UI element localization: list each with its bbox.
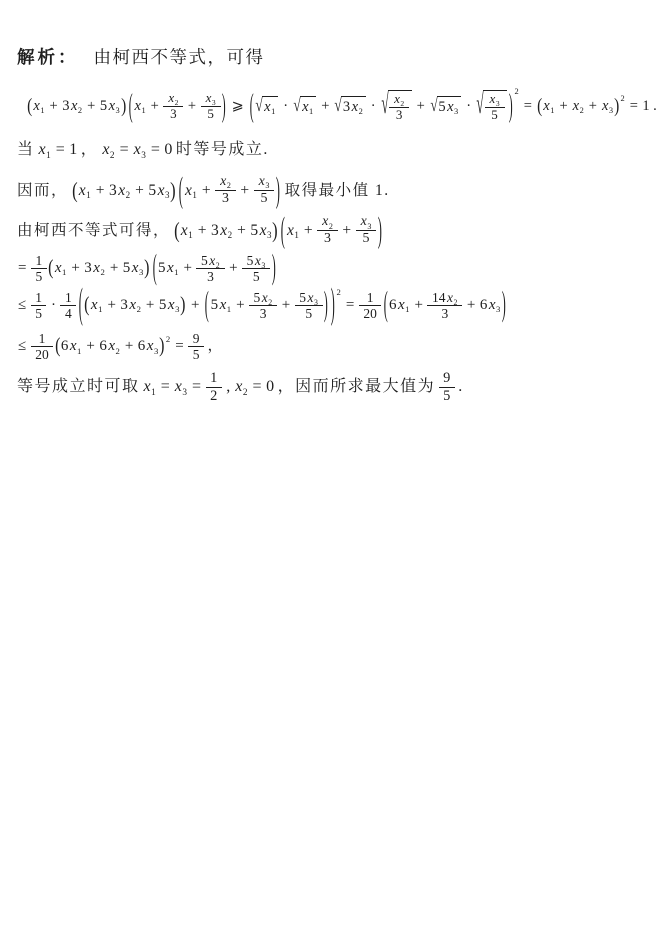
numerator: x3 — [203, 91, 219, 106]
operator: + — [188, 97, 196, 115]
subscript: 1 — [188, 230, 193, 240]
radical-sign: √ — [430, 97, 437, 116]
numerator: 1 — [33, 253, 45, 268]
denominator: 5 — [201, 106, 221, 122]
variable: x1 — [135, 97, 146, 115]
number: 3 — [120, 296, 128, 315]
operator: + — [202, 181, 211, 200]
text: 时等号成立. — [176, 140, 269, 160]
right-paren: ) — [614, 96, 619, 116]
number: 5 — [35, 306, 42, 321]
right-paren: ) — [276, 173, 280, 209]
variable: x1 — [79, 181, 91, 200]
variable: x1 — [185, 181, 197, 200]
right-paren: ) — [378, 213, 382, 249]
operator: + — [414, 296, 422, 315]
fraction: x35 — [203, 91, 219, 121]
number: 1 — [35, 290, 42, 305]
operator: + — [86, 337, 94, 356]
number: 5 — [207, 107, 214, 122]
variable: x3 — [602, 97, 613, 115]
radical: √x23 — [381, 90, 412, 122]
variable: x3 — [168, 296, 180, 315]
paren-group: (√x1·√x1+√3x2·√x23+√5x3·√x35)2 — [249, 90, 519, 122]
subscript: 3 — [116, 106, 120, 115]
text: 由柯西不等式，可得 — [94, 47, 265, 69]
solution-content: 解析：由柯西不等式，可得(x1+3x2+5x3)(x1+x23+x35)⩾(√x… — [0, 0, 662, 404]
numerator: 5x3 — [297, 290, 321, 305]
subscript: 2 — [228, 230, 233, 240]
subscript: 2 — [329, 222, 333, 231]
operator: + — [50, 97, 58, 115]
operator: + — [417, 97, 425, 115]
subscript: 2 — [580, 106, 584, 115]
operator: = — [253, 377, 262, 397]
fraction: x23 — [391, 92, 407, 122]
number: 5 — [159, 296, 167, 315]
right-paren: ) — [331, 284, 335, 327]
paren-group: (6x1+6x2+6x3)2 — [55, 337, 171, 356]
operator: + — [71, 259, 79, 278]
subscript: 2 — [100, 267, 104, 277]
text: . — [458, 377, 464, 397]
number: 5 — [299, 290, 306, 305]
number: 5 — [253, 269, 260, 284]
variable: x1 — [181, 221, 193, 240]
number: 5 — [123, 259, 131, 278]
denominator: 5 — [295, 305, 323, 321]
variable: x1 — [39, 140, 51, 160]
subscript: 2 — [268, 298, 272, 307]
numerator: 5x2 — [251, 290, 275, 305]
paren-body: x1+3x2+5x3 — [180, 221, 273, 240]
subscript: 3 — [496, 304, 500, 314]
variable: x1 — [287, 221, 299, 240]
operator: ≤ — [18, 296, 26, 315]
number: 5 — [148, 181, 156, 200]
text: 解析： — [17, 47, 79, 69]
operator: + — [125, 337, 133, 356]
variable: x3 — [109, 97, 120, 115]
number: 0 — [164, 140, 172, 160]
number: 1 — [39, 331, 46, 346]
variable: x3 — [260, 221, 272, 240]
numerator: 5x3 — [244, 253, 268, 268]
number: 6 — [138, 337, 146, 356]
variable: x2 — [93, 259, 105, 278]
subscript: 3 — [496, 99, 500, 108]
number: 3 — [207, 269, 214, 284]
fraction: x23 — [165, 91, 181, 121]
subscript: 1 — [86, 190, 91, 200]
number: 5 — [247, 253, 254, 268]
subscript: 1 — [141, 106, 145, 115]
numerator: 1 — [33, 290, 45, 305]
left-paren: ( — [48, 258, 53, 279]
right-paren: ) — [509, 89, 513, 122]
variable: x2 — [262, 290, 272, 305]
variable: x2 — [220, 174, 231, 190]
operator: + — [236, 296, 244, 315]
radicand: 5x3 — [437, 96, 461, 116]
number: 5 — [491, 108, 498, 123]
numerator: x3 — [487, 92, 503, 107]
variable: x2 — [394, 92, 404, 107]
variable: x2 — [209, 253, 219, 268]
fraction: 120 — [33, 331, 52, 362]
number: 5 — [254, 290, 261, 305]
variable: x2 — [220, 221, 232, 240]
left-paren: ( — [205, 288, 209, 322]
operator: ⩾ — [232, 97, 244, 115]
variable: x2 — [102, 140, 114, 160]
radical-sign: √ — [335, 97, 342, 116]
variable: x1 — [33, 97, 44, 115]
exponent: 2 — [337, 287, 341, 298]
subscript: 3 — [261, 261, 265, 270]
min-value-conclusion: 因而，(x1+3x2+5x3)(x1+x23+x35)取得最小值 1. — [14, 174, 658, 206]
document-page: 解析：由柯西不等式，可得(x1+3x2+5x3)(x1+x23+x35)⩾(√x… — [0, 0, 662, 935]
fraction: 5x23 — [198, 253, 222, 284]
radical: √x1 — [293, 96, 316, 116]
denominator: 20 — [359, 305, 382, 321]
variable: x2 — [108, 337, 120, 356]
denominator: 5 — [439, 387, 455, 404]
number: 3 — [170, 107, 177, 122]
paren-body: x1+3x2+5x3 — [78, 181, 171, 200]
subscript: 1 — [62, 267, 66, 277]
denominator: 2 — [206, 387, 222, 404]
subscript: 2 — [400, 99, 404, 108]
variable: x2 — [235, 377, 247, 397]
operator: + — [146, 296, 154, 315]
operator: + — [229, 259, 237, 278]
number: 1 — [69, 140, 77, 160]
left-paren: ( — [55, 336, 60, 357]
paren-body: x1+x2+x3 — [542, 97, 614, 115]
subscript: 2 — [227, 181, 231, 190]
paren-body: x1+3x2+5x3 — [90, 296, 180, 315]
numerator: 1 — [36, 331, 48, 346]
number: 3 — [396, 108, 403, 123]
number: 3 — [84, 259, 92, 278]
right-paren: ) — [181, 295, 186, 316]
subscript: 1 — [227, 304, 231, 314]
subscript: 3 — [267, 230, 272, 240]
paren-group: (x1+x23+x35) — [178, 174, 280, 206]
variable: x1 — [220, 296, 232, 315]
paren-body: x1+x23+x35 — [184, 174, 275, 206]
fraction: 5x35 — [297, 290, 321, 321]
number: 4 — [65, 306, 72, 321]
paren-body: 5x1+5x23+5x35 — [157, 253, 270, 284]
cauchy-apply-max: 由柯西不等式可得，(x1+3x2+5x3)(x1+x23+x35) — [14, 214, 658, 246]
number: 5 — [193, 347, 200, 362]
subscript: 3 — [165, 190, 170, 200]
number: 5 — [201, 253, 208, 268]
operator: + — [559, 97, 567, 115]
denominator: 5 — [242, 268, 270, 284]
variable: x3 — [158, 181, 170, 200]
variable: x2 — [71, 97, 82, 115]
variable: x1 — [91, 296, 103, 315]
subscript: 3 — [182, 388, 187, 398]
operator: = — [151, 140, 160, 160]
subscript: 2 — [110, 151, 115, 161]
operator: + — [589, 97, 597, 115]
equality-condition-max: 等号成立时可取x1=x3=12,x2=0，因而所求最大值为95. — [14, 370, 658, 403]
variable: x2 — [447, 290, 457, 305]
paren-body: 5x1+5x23+5x35 — [210, 290, 323, 321]
variable: x2 — [118, 181, 130, 200]
operator: ≤ — [18, 337, 26, 356]
number: 9 — [443, 370, 450, 386]
operator: = — [56, 140, 65, 160]
operator: + — [110, 259, 118, 278]
exponent: 2 — [621, 94, 625, 105]
denominator: 20 — [31, 346, 54, 362]
paren-group: (5x1+5x23+5x35) — [152, 253, 276, 284]
operator: + — [184, 259, 192, 278]
radicand: x1 — [262, 96, 278, 116]
numerator: 9 — [190, 331, 202, 346]
text: ， — [207, 337, 224, 356]
fraction: 5x35 — [244, 253, 268, 284]
equality-condition-min: 当x1=1，x2=x3=0时等号成立. — [14, 138, 658, 162]
text: 等号成立时可取 — [17, 377, 140, 397]
number: 1 — [642, 97, 649, 115]
number: 3 — [442, 306, 449, 321]
denominator: 3 — [215, 190, 236, 207]
left-paren: ( — [250, 89, 254, 122]
right-paren: ) — [159, 336, 164, 357]
operator: + — [304, 221, 313, 240]
operator: · — [283, 97, 288, 115]
number: 1 — [367, 290, 374, 305]
paren-group: (x1+x23+x35) — [280, 214, 382, 246]
variable: x3 — [259, 174, 270, 190]
variable: x1 — [398, 296, 410, 315]
number: 6 — [99, 337, 107, 356]
paren-body: x1+x23+x35 — [286, 214, 377, 246]
number: 5 — [100, 97, 107, 115]
subscript: 1 — [98, 304, 102, 314]
operator: , — [226, 377, 230, 397]
subscript: 2 — [243, 388, 248, 398]
right-paren: ) — [222, 89, 226, 122]
variable: x3 — [175, 377, 187, 397]
denominator: 3 — [196, 268, 224, 284]
subscript: 1 — [192, 190, 197, 200]
denominator: 5 — [31, 305, 47, 321]
subscript: 1 — [271, 107, 275, 116]
paren-body: √x1·√x1+√3x2·√x23+√5x3·√x35 — [254, 90, 508, 122]
operator: = — [524, 97, 532, 115]
numerator: 1 — [364, 290, 376, 305]
paren-body: x1+x23+x35 — [134, 91, 222, 121]
variable: x3 — [206, 91, 216, 106]
fraction: 5x23 — [251, 290, 275, 321]
variable: x1 — [55, 259, 67, 278]
radical: √x35 — [476, 90, 507, 122]
fraction: 15 — [33, 290, 45, 321]
number: 2 — [210, 388, 217, 404]
numerator: 14x2 — [429, 290, 460, 305]
variable: x2 — [352, 98, 363, 116]
numerator: 5x2 — [198, 253, 222, 268]
numerator: x3 — [358, 214, 375, 230]
text: . — [653, 97, 658, 115]
paren-group: (x1+x2+x3)2 — [537, 97, 625, 115]
radical: √3x2 — [334, 96, 365, 116]
numerator: x2 — [165, 91, 181, 106]
subscript: 1 — [151, 388, 156, 398]
number: 1 — [210, 370, 217, 386]
operator: = — [175, 337, 183, 356]
right-paren: ) — [121, 96, 126, 116]
radical-sign: √ — [255, 97, 262, 116]
subscript: 2 — [78, 106, 82, 115]
subscript: 2 — [175, 98, 179, 107]
left-paren: ( — [72, 179, 77, 201]
denominator: 5 — [254, 190, 275, 207]
right-paren: ) — [273, 220, 278, 242]
paren-group: ((x1+3x2+5x3)+(5x1+5x23+5x35))2 — [78, 290, 341, 321]
number: 20 — [35, 347, 49, 362]
left-paren: ( — [27, 96, 32, 116]
formula-final-bound: ≤120(6x1+6x2+6x3)2=95， — [14, 331, 658, 362]
radical-sign: √ — [381, 91, 388, 120]
right-paren: ) — [171, 179, 176, 201]
fraction: x23 — [217, 174, 234, 206]
operator: + — [107, 296, 115, 315]
number: 5 — [443, 388, 450, 404]
left-paren: ( — [179, 173, 183, 209]
subscript: 2 — [359, 107, 363, 116]
number: 6 — [480, 296, 488, 315]
variable: x1 — [264, 98, 275, 116]
denominator: 3 — [389, 107, 409, 123]
variable: x3 — [132, 259, 144, 278]
radical: √5x3 — [430, 96, 461, 116]
subscript: 1 — [550, 106, 554, 115]
number: 5 — [35, 269, 42, 284]
subscript: 2 — [115, 346, 119, 356]
subscript: 1 — [40, 106, 44, 115]
paren-body: 6x1+14x23+6x3 — [388, 290, 501, 321]
variable: x3 — [147, 337, 159, 356]
denominator: 5 — [31, 268, 47, 284]
operator: = — [192, 377, 201, 397]
number: 5 — [438, 98, 445, 116]
number: 1 — [35, 253, 42, 268]
variable: x3 — [489, 296, 501, 315]
subscript: 1 — [174, 267, 178, 277]
number: 5 — [363, 231, 370, 247]
variable: x1 — [167, 259, 179, 278]
variable: x3 — [490, 92, 500, 107]
subscript: 3 — [609, 106, 613, 115]
paren-body: 6x1+6x2+6x3 — [60, 337, 159, 356]
operator: + — [237, 221, 246, 240]
number: 5 — [250, 221, 258, 240]
paren-group: (x1+x23+x35) — [128, 91, 226, 121]
formula-scale-by-one-fifth: =15(x1+3x2+5x3)(5x1+5x23+5x35) — [14, 253, 658, 284]
subscript: 2 — [216, 261, 220, 270]
left-paren: ( — [79, 284, 83, 327]
operator: + — [467, 296, 475, 315]
operator: + — [282, 296, 290, 315]
fraction: 95 — [441, 370, 453, 403]
variable: x3 — [447, 98, 458, 116]
number: 3 — [343, 98, 350, 116]
subscript: 3 — [175, 304, 179, 314]
number: 14 — [432, 290, 446, 305]
denominator: 3 — [163, 106, 183, 122]
subscript: 1 — [294, 230, 299, 240]
variable: x3 — [307, 290, 317, 305]
paren-group: (x1+3x2+5x3) — [174, 221, 278, 240]
radicand: x1 — [300, 96, 316, 116]
numerator: x3 — [256, 174, 273, 190]
radical-sign: √ — [476, 91, 483, 120]
fraction: x35 — [487, 92, 503, 122]
denominator: 5 — [485, 107, 505, 123]
number: 3 — [211, 221, 219, 240]
text: ，因而所求最大值为 — [278, 377, 436, 397]
variable: x2 — [168, 91, 178, 106]
number: 3 — [62, 97, 69, 115]
paren-group: (x1+3x2+5x3) — [27, 97, 126, 115]
text: 取得最小值 1. — [285, 181, 390, 200]
operator: + — [198, 221, 207, 240]
radical-sign: √ — [293, 97, 300, 116]
left-paren: ( — [281, 213, 285, 249]
subscript: 3 — [154, 346, 158, 356]
operator: + — [135, 181, 144, 200]
number: 5 — [305, 306, 312, 321]
operator: = — [120, 140, 129, 160]
subscript: 3 — [141, 151, 146, 161]
variable: x1 — [144, 377, 156, 397]
variable: x3 — [255, 253, 265, 268]
radicand: 3x2 — [341, 96, 365, 116]
fraction: 14x23 — [429, 290, 460, 321]
numerator: 1 — [208, 370, 220, 386]
left-paren: ( — [129, 89, 133, 122]
right-paren: ) — [324, 288, 328, 322]
subscript: 3 — [454, 107, 458, 116]
variable: x1 — [543, 97, 554, 115]
variable: x3 — [361, 214, 372, 230]
denominator: 3 — [427, 305, 462, 321]
left-paren: ( — [153, 251, 157, 285]
fraction: x35 — [256, 174, 273, 206]
number: 6 — [61, 337, 69, 356]
operator: + — [342, 221, 351, 240]
denominator: 5 — [356, 230, 377, 247]
subscript: 2 — [137, 304, 141, 314]
fraction: x23 — [319, 214, 336, 246]
numerator: x2 — [217, 174, 234, 190]
operator: · — [51, 296, 56, 315]
radicand: x23 — [388, 90, 412, 122]
variable: x3 — [134, 140, 146, 160]
variable: x1 — [70, 337, 82, 356]
left-paren: ( — [537, 96, 542, 116]
operator: + — [240, 181, 249, 200]
text: 由柯西不等式可得， — [17, 221, 170, 240]
